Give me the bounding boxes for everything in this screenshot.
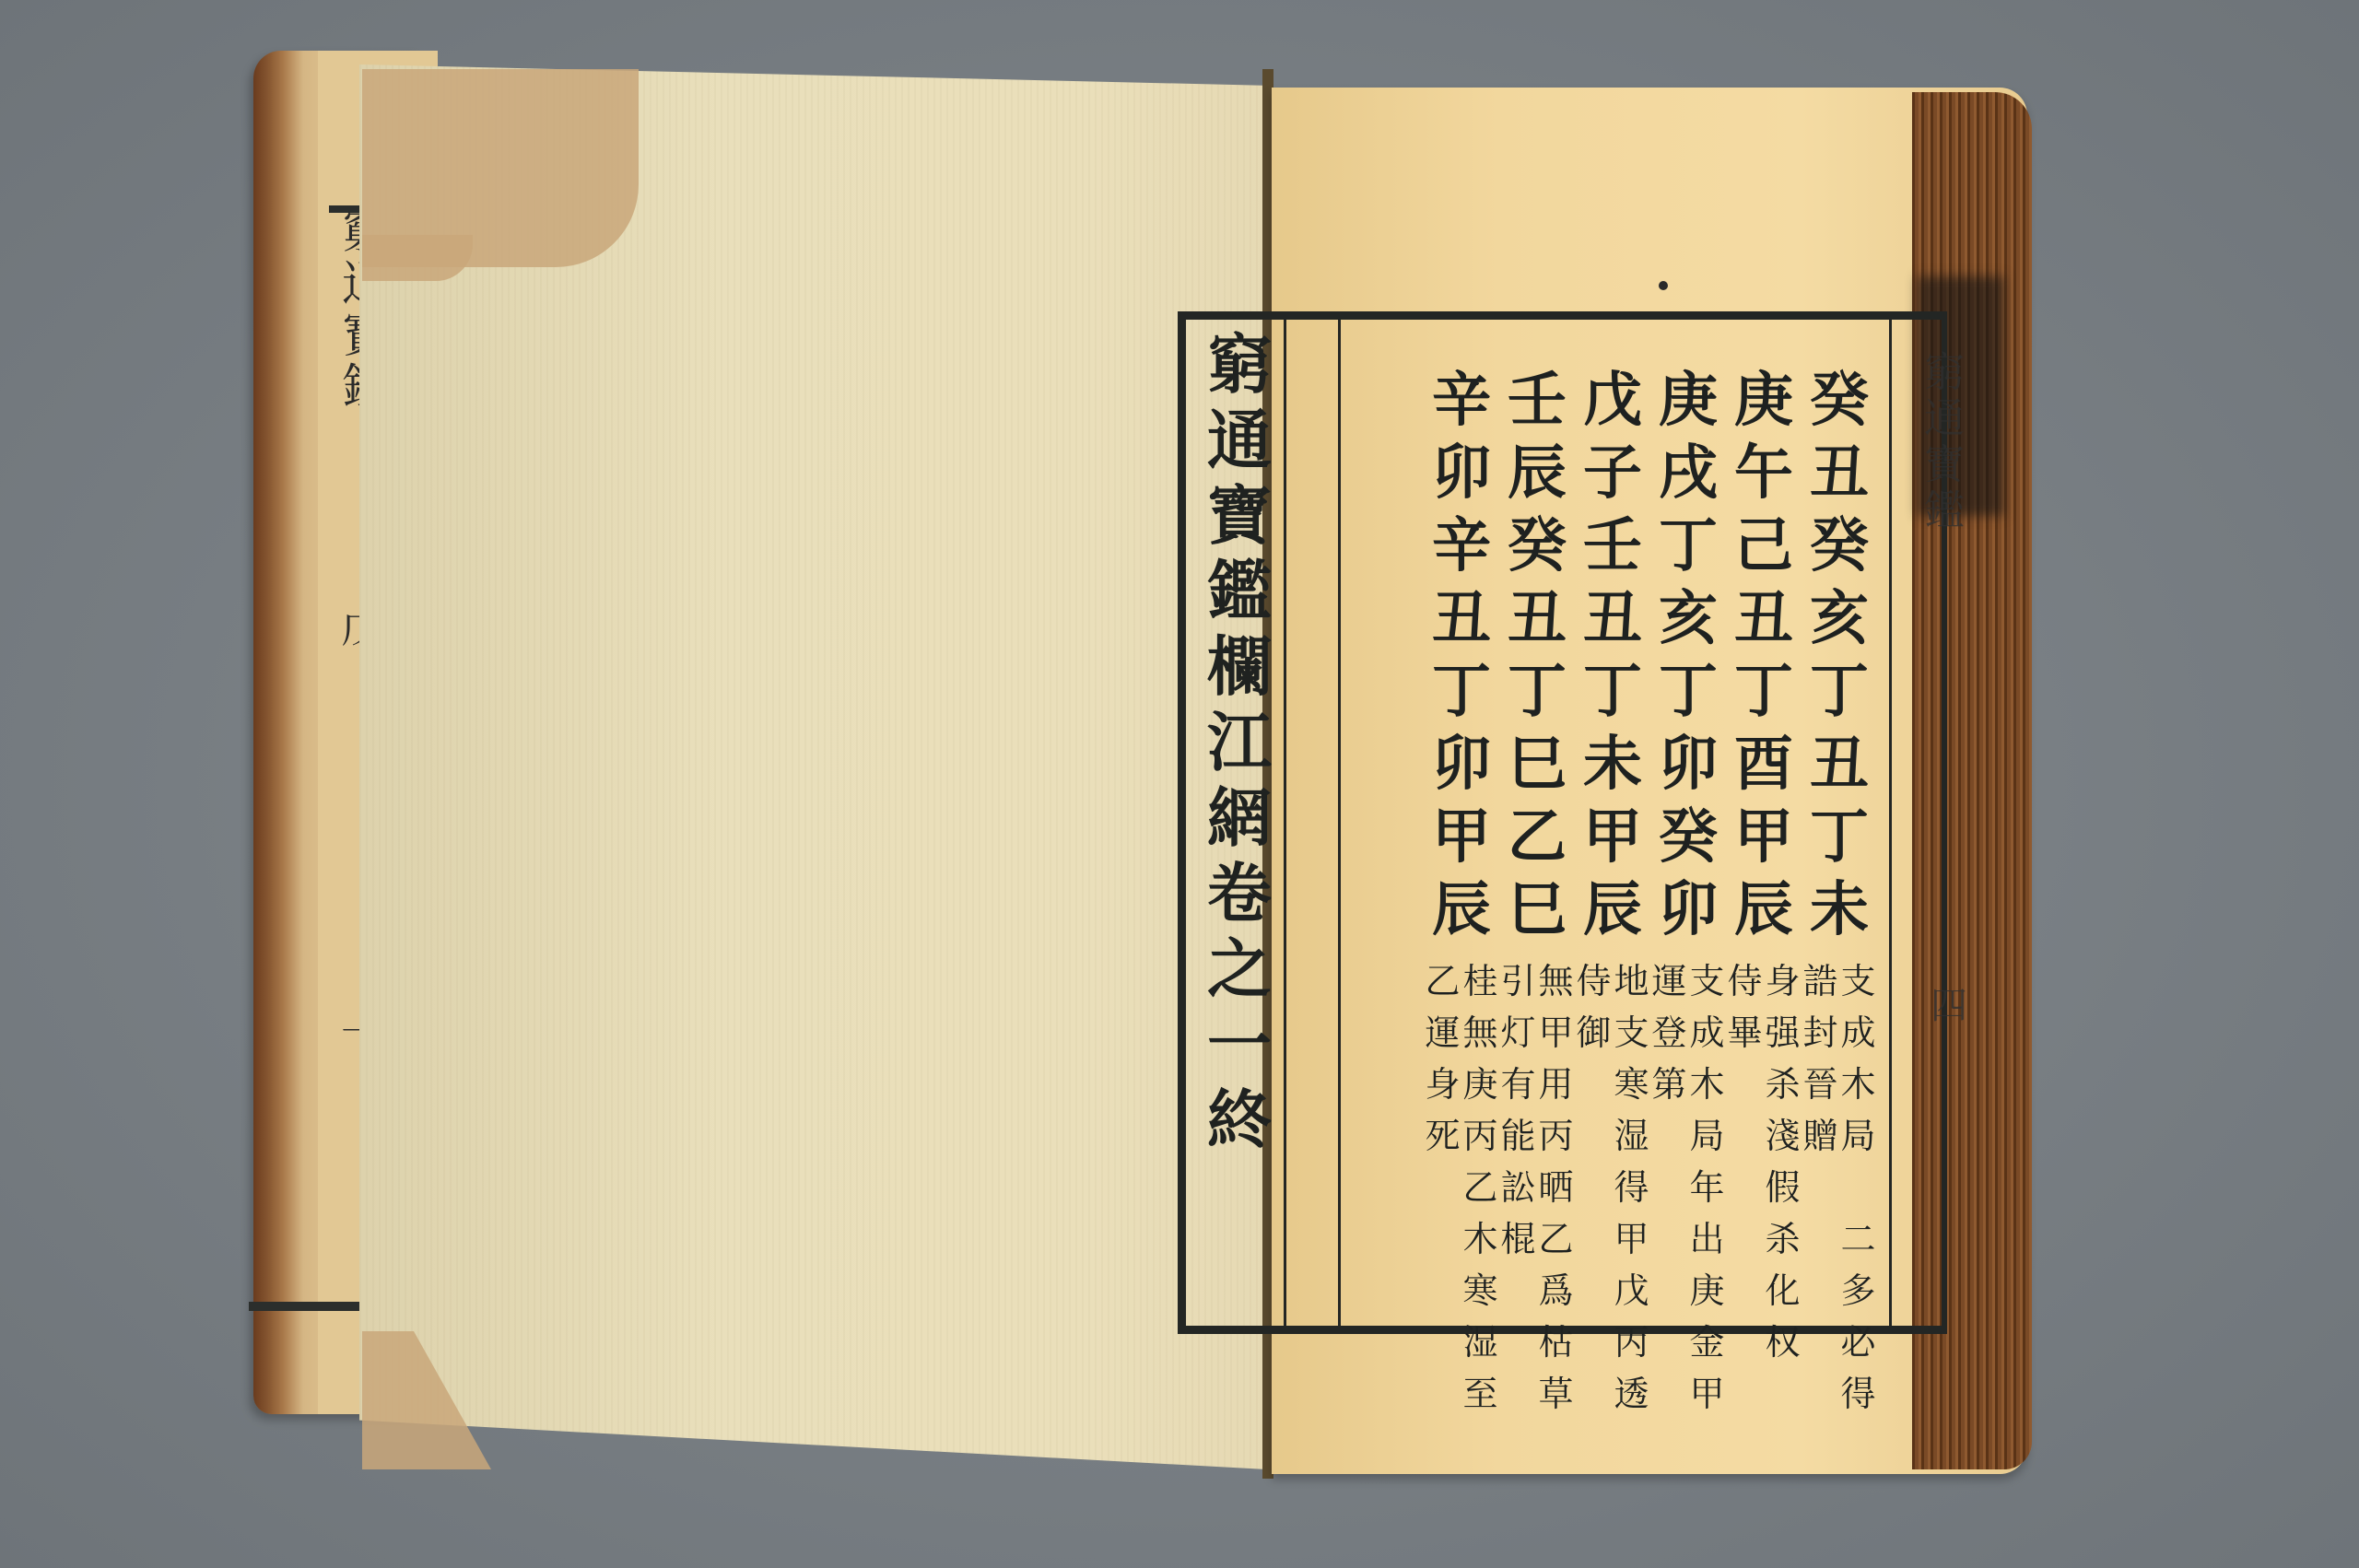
char: 成 <box>1689 1007 1724 1059</box>
annotation-line: 誥 封 晉 贈 <box>1802 955 1839 1420</box>
char: 支 <box>1840 955 1875 1007</box>
char: 乙 <box>1462 1162 1497 1213</box>
char: 第 <box>1651 1059 1686 1110</box>
annotation: 桂 無 庚 丙 乙 木 寒 湿 至 乙 運 身 死 <box>1424 955 1499 1420</box>
char: 巳 <box>1508 873 1567 946</box>
char: 亥 <box>1810 582 1869 655</box>
char: 運 <box>1425 1007 1460 1059</box>
char: 权 <box>1765 1316 1800 1368</box>
char: 桂 <box>1462 955 1497 1007</box>
annotation-line: 無 甲 用 丙 晒 乙 爲 枯 草 <box>1537 955 1575 1420</box>
char: 庚 <box>1734 364 1793 437</box>
char: 子 <box>1583 437 1642 509</box>
char: 灯 <box>1500 1007 1535 1059</box>
char: 誥 <box>1802 955 1837 1007</box>
text-block-rule-right <box>1889 315 1892 1328</box>
char: 通 <box>1924 396 1965 442</box>
char: 窮 <box>1924 350 1965 396</box>
char: 年 <box>1689 1162 1724 1213</box>
char: 封 <box>1802 1007 1837 1059</box>
char: 透 <box>1614 1368 1649 1420</box>
annotation: 身 强 杀 淺 假 杀 化 权 侍 畢 <box>1726 955 1802 1368</box>
char: 甲 <box>1432 801 1491 873</box>
char: 丁 <box>1810 655 1869 728</box>
char: 至 <box>1462 1368 1497 1420</box>
water-stain-top-lobe <box>362 235 473 281</box>
char <box>1852 1162 1863 1213</box>
char: 寒 <box>1614 1059 1649 1110</box>
char: 登 <box>1651 1007 1686 1059</box>
char: 淺 <box>1765 1110 1800 1162</box>
char: 無 <box>1462 1007 1497 1059</box>
annotation: 地 支 寒 湿 得 甲 戊 丙 透 侍 御 <box>1575 955 1650 1420</box>
char: 丁 <box>1583 655 1642 728</box>
char: 丁 <box>1734 655 1793 728</box>
char: 寶 <box>1924 442 1965 488</box>
char: 終 <box>1207 1082 1272 1158</box>
char: 木 <box>1689 1059 1724 1110</box>
char: 能 <box>1500 1110 1535 1162</box>
char: 丑 <box>1810 728 1869 801</box>
horoscope-column: 庚 午 己 丑 丁 酉 甲 辰 身 强 杀 淺 假 杀 化 权 侍 畢 <box>1726 364 1802 1420</box>
char: 甲 <box>1583 801 1642 873</box>
char: 丁 <box>1432 655 1491 728</box>
char: 用 <box>1538 1059 1573 1110</box>
char: 晒 <box>1538 1162 1573 1213</box>
char: 庚 <box>1659 364 1718 437</box>
char: 巳 <box>1508 728 1567 801</box>
annotation-line: 乙 運 身 死 <box>1424 955 1461 1420</box>
char: 壬 <box>1508 364 1567 437</box>
char: 鑑 <box>1207 554 1272 629</box>
char: 丑 <box>1734 582 1793 655</box>
char: 成 <box>1840 1007 1875 1059</box>
char: 甲 <box>1538 1007 1573 1059</box>
ink-dot <box>1659 281 1668 290</box>
char: 運 <box>1651 955 1686 1007</box>
char: 枯 <box>1538 1316 1573 1368</box>
char: 地 <box>1614 955 1649 1007</box>
char: 戊 <box>1614 1265 1649 1316</box>
char: 辰 <box>1583 873 1642 946</box>
char: 戌 <box>1659 437 1718 509</box>
horoscope-columns: 癸 丑 癸 亥 丁 丑 丁 未 支 成 木 局 二 多 必 得 誥 封 晉 贈 <box>1424 364 1877 1420</box>
char: 丁 <box>1659 655 1718 728</box>
char: 甲 <box>1614 1213 1649 1265</box>
char: 得 <box>1840 1368 1875 1420</box>
char: 木 <box>1462 1213 1497 1265</box>
char: 金 <box>1689 1316 1724 1368</box>
char: 辛 <box>1432 364 1491 437</box>
char: 無 <box>1538 955 1573 1007</box>
char: 丑 <box>1508 582 1567 655</box>
char: 卯 <box>1432 728 1491 801</box>
annotation: 支 成 木 局 二 多 必 得 誥 封 晉 贈 <box>1802 955 1877 1420</box>
char: 得 <box>1614 1162 1649 1213</box>
char: 辰 <box>1734 873 1793 946</box>
horoscope-column: 癸 丑 癸 亥 丁 丑 丁 未 支 成 木 局 二 多 必 得 誥 封 晉 贈 <box>1802 364 1877 1420</box>
char: 寶 <box>1207 478 1272 554</box>
char: 一 <box>1207 1007 1272 1082</box>
char: 御 <box>1576 1007 1611 1059</box>
blank-flyleaf-page <box>359 64 1267 1469</box>
char: 乙 <box>1538 1213 1573 1265</box>
char: 戊 <box>1583 364 1642 437</box>
horoscope-column: 戊 子 壬 丑 丁 未 甲 辰 地 支 寒 湿 得 甲 戊 丙 透 侍 御 <box>1575 364 1650 1420</box>
char: 局 <box>1689 1110 1724 1162</box>
char: 强 <box>1765 1007 1800 1059</box>
char: 草 <box>1538 1368 1573 1420</box>
char: 丁 <box>1508 655 1567 728</box>
char: 未 <box>1810 873 1869 946</box>
annotation-line: 支 成 木 局 二 多 必 得 <box>1839 955 1877 1420</box>
char: 癸 <box>1659 801 1718 873</box>
char: 壬 <box>1583 509 1642 582</box>
char: 癸 <box>1810 364 1869 437</box>
char: 死 <box>1425 1110 1460 1162</box>
char: 乙 <box>1425 955 1460 1007</box>
char: 化 <box>1765 1265 1800 1316</box>
horoscope-column: 壬 辰 癸 丑 丁 巳 乙 巳 無 甲 用 丙 晒 乙 爲 枯 草 引 灯 有 … <box>1499 364 1575 1420</box>
char: 卷 <box>1207 856 1272 931</box>
annotation-line: 侍 御 <box>1575 955 1613 1420</box>
char: 畢 <box>1727 1007 1762 1059</box>
char: 窮 <box>1207 327 1272 403</box>
annotation-line: 桂 無 庚 丙 乙 木 寒 湿 至 <box>1461 955 1499 1420</box>
char: 多 <box>1840 1265 1875 1316</box>
char: 木 <box>1840 1059 1875 1110</box>
char: 卯 <box>1659 728 1718 801</box>
char: 寒 <box>1462 1265 1497 1316</box>
char: 身 <box>1425 1059 1460 1110</box>
char: 通 <box>1207 403 1272 478</box>
char: 假 <box>1765 1162 1800 1213</box>
char: 甲 <box>1689 1368 1724 1420</box>
char: 甲 <box>1734 801 1793 873</box>
char: 必 <box>1840 1316 1875 1368</box>
char: 身 <box>1765 955 1800 1007</box>
char: 棍 <box>1500 1213 1535 1265</box>
char: 之 <box>1207 931 1272 1007</box>
horoscope-column: 辛 卯 辛 丑 丁 卯 甲 辰 桂 無 庚 丙 乙 木 寒 湿 至 乙 運 身 … <box>1424 364 1499 1420</box>
char: 丙 <box>1538 1110 1573 1162</box>
char: 丁 <box>1810 801 1869 873</box>
char: 湿 <box>1462 1316 1497 1368</box>
char: 引 <box>1500 955 1535 1007</box>
char: 丙 <box>1462 1110 1497 1162</box>
char: 辰 <box>1508 437 1567 509</box>
title-column-rule <box>1284 315 1286 1328</box>
char: 丑 <box>1583 582 1642 655</box>
annotation-line: 引 灯 有 能 訟 棍 <box>1499 955 1537 1420</box>
char: 丙 <box>1614 1316 1649 1368</box>
char: 有 <box>1500 1059 1535 1110</box>
char: 支 <box>1614 1007 1649 1059</box>
annotation-line: 侍 畢 <box>1726 955 1764 1368</box>
annotation-line: 身 强 杀 淺 假 杀 化 权 <box>1764 955 1802 1368</box>
char: 丑 <box>1810 437 1869 509</box>
annotation-line: 地 支 寒 湿 得 甲 戊 丙 透 <box>1613 955 1650 1420</box>
char: 局 <box>1840 1110 1875 1162</box>
annotation: 支 成 木 局 年 出 庚 金 甲 運 登 第 <box>1650 955 1726 1420</box>
char: 辰 <box>1432 873 1491 946</box>
char: 酉 <box>1734 728 1793 801</box>
char: 江 <box>1207 705 1272 780</box>
char: 二 <box>1840 1213 1875 1265</box>
char: 丁 <box>1659 509 1718 582</box>
char: 杀 <box>1765 1213 1800 1265</box>
char: 卯 <box>1659 873 1718 946</box>
char: 丑 <box>1432 582 1491 655</box>
char: 支 <box>1689 955 1724 1007</box>
char: 爲 <box>1538 1265 1573 1316</box>
char: 杀 <box>1765 1059 1800 1110</box>
char: 亥 <box>1659 582 1718 655</box>
char: 卯 <box>1432 437 1491 509</box>
horoscope-column: 庚 戌 丁 亥 丁 卯 癸 卯 支 成 木 局 年 出 庚 金 甲 運 登 第 <box>1650 364 1726 1420</box>
char: 未 <box>1583 728 1642 801</box>
char: 侍 <box>1727 955 1762 1007</box>
char: 湿 <box>1614 1110 1649 1162</box>
annotation-line: 支 成 木 局 年 出 庚 金 甲 <box>1688 955 1726 1420</box>
char: 網 <box>1207 780 1272 856</box>
char: 乙 <box>1508 801 1567 873</box>
char: 訟 <box>1500 1162 1535 1213</box>
right-page-number: 四 <box>1931 977 1967 1029</box>
char: 鑑 <box>1924 488 1965 534</box>
char: 午 <box>1734 437 1793 509</box>
char: 出 <box>1689 1213 1724 1265</box>
char: 庚 <box>1689 1265 1724 1316</box>
char: 贈 <box>1802 1110 1837 1162</box>
char: 侍 <box>1576 955 1611 1007</box>
char: 欄 <box>1207 629 1272 705</box>
annotation: 無 甲 用 丙 晒 乙 爲 枯 草 引 灯 有 能 訟 棍 <box>1499 955 1575 1420</box>
char: 晉 <box>1802 1059 1837 1110</box>
annotation-line: 運 登 第 <box>1650 955 1688 1420</box>
char: 庚 <box>1462 1059 1497 1110</box>
char: 癸 <box>1810 509 1869 582</box>
char: 癸 <box>1508 509 1567 582</box>
char: 辛 <box>1432 509 1491 582</box>
volume-end-title: 窮 通 寶 鑑 欄 江 網 卷 之 一 終 <box>1198 327 1281 1158</box>
right-margin-title: 窮 通 寶 鑑 <box>1917 350 1972 534</box>
text-block-rule-left <box>1338 315 1341 1328</box>
char: 己 <box>1734 509 1793 582</box>
